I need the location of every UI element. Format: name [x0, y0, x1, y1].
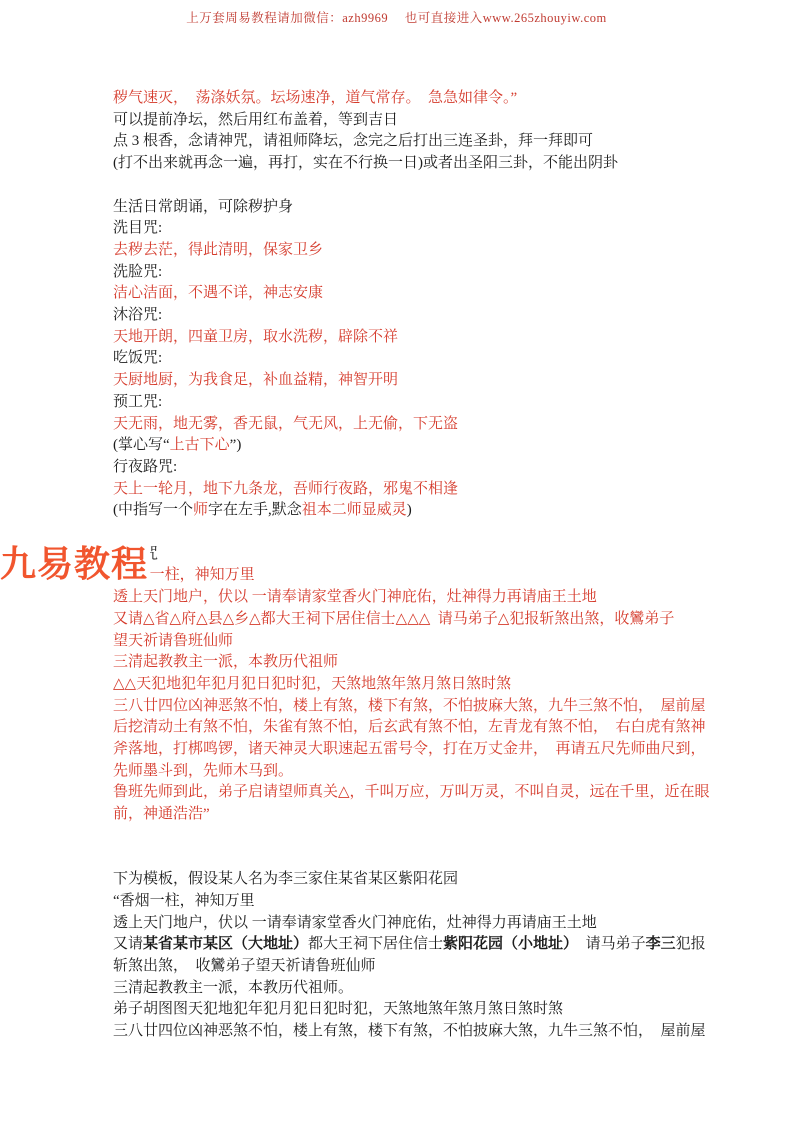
text-line: 三八廿四位凶神恶煞不怕，楼上有煞，楼下有煞，不怕披麻大煞，九牛三煞不怕， 屋前屋: [113, 696, 771, 718]
text-segment: 三清起教教主一派，本教历代祖师: [113, 654, 338, 670]
text-segment: 透上天门地户，伏以 一请奉请家堂香火门神庇佑，灶神得力再请庙王土地: [113, 589, 597, 605]
text-line: “香烟一柱，神知万里: [113, 891, 771, 913]
text-segment: 下为模板，假设某人名为李三家住某省某区紫阳花园: [113, 871, 458, 887]
text-segment: ”): [230, 437, 242, 453]
blank-line: [113, 848, 771, 870]
text-segment: 师: [193, 502, 208, 518]
text-segment: 紫阳花园（小地址）: [443, 936, 571, 952]
text-segment: 三八廿四位凶神恶煞不怕，楼上有煞，楼下有煞，不怕披麻大煞，九牛三煞不怕， 屋前屋: [113, 698, 706, 714]
text-segment: 前，神通浩浩”: [113, 806, 210, 822]
text-line: 请神咒: [113, 544, 771, 566]
text-segment: 都大王祠下居住信士: [308, 936, 443, 952]
text-segment: 天上一轮月，地下九条龙，吾师行夜路，邪鬼不相逢: [113, 481, 458, 497]
text-line: 去秽去茫，得此清明，保家卫乡: [113, 240, 771, 262]
text-segment: “香烟一柱，神知万里: [113, 893, 255, 909]
text-line: 生活日常朗诵，可除秽护身: [113, 197, 771, 219]
text-segment: 天无雨，地无雾，香无鼠，气无风，上无偷，下无盗: [113, 416, 458, 432]
text-segment: (打不出来就再念一遍，再打，实在不行换一日)或者出圣阳三卦，不能出阴卦: [113, 155, 618, 171]
text-line: 透上天门地户，伏以 一请奉请家堂香火门神庇佑，灶神得力再请庙王土地: [113, 913, 771, 935]
text-segment: 某省某市某区（大地址）: [143, 936, 308, 952]
text-line: 点 3 根香，念请神咒，请祖师降坛，念完之后打出三连圣卦，拜一拜即可: [113, 131, 771, 153]
text-segment: 行夜路咒:: [113, 459, 177, 475]
text-line: 透上天门地户，伏以 一请奉请家堂香火门神庇佑，灶神得力再请庙王土地: [113, 587, 771, 609]
text-line: 天上一轮月，地下九条龙，吾师行夜路，邪鬼不相逢: [113, 479, 771, 501]
page-header-promo-text: 上万套周易教程请加微信：azh9969 也可直接进入www.265zhouyiw…: [0, 8, 793, 26]
text-segment: 吃饭咒:: [113, 350, 162, 366]
text-segment: 天厨地厨，为我食足，补血益精，神智开明: [113, 372, 398, 388]
text-segment: 弟子胡图图天犯地犯年犯月犯日犯时犯，天煞地煞年煞月煞日煞时煞: [113, 1001, 563, 1017]
text-line: 预工咒:: [113, 392, 771, 414]
text-segment: 字在左手,默念: [208, 502, 302, 518]
text-segment: 李三: [646, 936, 676, 952]
text-segment: 三八廿四位凶神恶煞不怕，楼上有煞，楼下有煞，不怕披麻大煞，九牛三煞不怕， 屋前屋: [113, 1023, 706, 1039]
text-segment: 斩煞出煞， 收鸞弟子望天祈请鲁班仙师: [113, 958, 376, 974]
text-line: 前，神通浩浩”: [113, 804, 771, 826]
text-segment: 可以提前净坛，然后用红布盖着，等到吉日: [113, 112, 398, 128]
text-line: 三八廿四位凶神恶煞不怕，楼上有煞，楼下有煞，不怕披麻大煞，九牛三煞不怕， 屋前屋: [113, 1021, 771, 1043]
text-segment: 望天祈请鲁班仙师: [113, 633, 233, 649]
text-line: 天无雨，地无雾，香无鼠，气无风，上无偷，下无盗: [113, 414, 771, 436]
text-line: 又请某省某市某区（大地址）都大王祠下居住信士紫阳花园（小地址） 请马弟子李三犯报: [113, 934, 771, 956]
text-line: △△天犯地犯年犯月犯日犯时犯，天煞地煞年煞月煞日煞时煞: [113, 674, 771, 696]
text-segment: 沐浴咒:: [113, 307, 162, 323]
text-segment: 秽气速灭， 荡涤妖氛。坛场速净，道气常存。 急急如律令。”: [113, 90, 517, 106]
text-segment: △△天犯地犯年犯月犯日犯时犯，天煞地煞年煞月煞日煞时煞: [113, 676, 511, 692]
text-segment: (中指写一个: [113, 502, 193, 518]
text-line: 洗脸咒:: [113, 262, 771, 284]
text-segment: 预工咒:: [113, 394, 162, 410]
text-segment: 又请△省△府△县△乡△都大王祠下居住信士△△△ 请马弟子△犯报斩煞出煞，收鸞弟子: [113, 611, 674, 627]
text-line: 又请△省△府△县△乡△都大王祠下居住信士△△△ 请马弟子△犯报斩煞出煞，收鸞弟子: [113, 609, 771, 631]
text-line: (掌心写“上古下心”): [113, 435, 771, 457]
text-segment: 斧落地，打梆鸣锣，诸天神灵大职速起五雷号令，打在万丈金井， 再请五尺先师曲尺到，: [113, 741, 706, 757]
text-line: 先师墨斗到，先师木马到。: [113, 761, 771, 783]
text-line: 可以提前净坛，然后用红布盖着，等到吉日: [113, 110, 771, 132]
text-line: 行夜路咒:: [113, 457, 771, 479]
text-segment: 鲁班先师到此，弟子启请望师真关△，千叫万应，万叫万灵，不叫自灵，远在千里，近在眼: [113, 784, 710, 800]
text-line: 下为模板，假设某人名为李三家住某省某区紫阳花园: [113, 869, 771, 891]
text-segment: 后挖清动土有煞不怕，朱雀有煞不怕，后玄武有煞不怕，左青龙有煞不怕， 右白虎有煞神: [113, 719, 706, 735]
text-line: (中指写一个师字在左手,默念祖本二师显威灵): [113, 500, 771, 522]
text-line: 天地开朗，四童卫房，取水洗秽，辟除不祥: [113, 327, 771, 349]
text-segment: 祖本二师显威灵: [302, 502, 407, 518]
text-segment: 点 3 根香，念请神咒，请祖师降坛，念完之后打出三连圣卦，拜一拜即可: [113, 133, 593, 149]
text-line: 三清起教教主一派，本教历代祖师。: [113, 978, 771, 1000]
text-line: 沐浴咒:: [113, 305, 771, 327]
text-segment: 上古下心: [170, 437, 230, 453]
text-line: 望天祈请鲁班仙师: [113, 631, 771, 653]
blank-line: [113, 826, 771, 848]
document-body: 秽气速灭， 荡涤妖氛。坛场速净，道气常存。 急急如律令。”可以提前净坛，然后用红…: [113, 88, 771, 1043]
text-line: 后挖清动土有煞不怕，朱雀有煞不怕，后玄武有煞不怕，左青龙有煞不怕， 右白虎有煞神: [113, 717, 771, 739]
text-segment: 天地开朗，四童卫房，取水洗秽，辟除不祥: [113, 329, 398, 345]
text-line: “香烟一柱，神知万里: [113, 565, 771, 587]
text-segment: 去秽去茫，得此清明，保家卫乡: [113, 242, 323, 258]
text-segment: 又请: [113, 936, 143, 952]
text-line: 斧落地，打梆鸣锣，诸天神灵大职速起五雷号令，打在万丈金井， 再请五尺先师曲尺到，: [113, 739, 771, 761]
text-segment: 透上天门地户，伏以 一请奉请家堂香火门神庇佑，灶神得力再请庙王土地: [113, 915, 597, 931]
text-line: 斩煞出煞， 收鸞弟子望天祈请鲁班仙师: [113, 956, 771, 978]
text-segment: 犯报: [676, 936, 706, 952]
text-segment: 先师墨斗到，先师木马到。: [113, 763, 293, 779]
text-line: 天厨地厨，为我食足，补血益精，神智开明: [113, 370, 771, 392]
blank-line: [113, 175, 771, 197]
text-line: 鲁班先师到此，弟子启请望师真关△，千叫万应，万叫万灵，不叫自灵，远在千里，近在眼: [113, 782, 771, 804]
text-segment: 请马弟子: [571, 936, 646, 952]
text-line: 弟子胡图图天犯地犯年犯月犯日犯时犯，天煞地煞年煞月煞日煞时煞: [113, 999, 771, 1021]
text-line: 秽气速灭， 荡涤妖氛。坛场速净，道气常存。 急急如律令。”: [113, 88, 771, 110]
text-segment: 洗脸咒:: [113, 264, 162, 280]
text-line: 吃饭咒:: [113, 348, 771, 370]
blank-line: [113, 522, 771, 544]
text-segment: 三清起教教主一派，本教历代祖师。: [113, 980, 353, 996]
text-segment: 洗目咒:: [113, 220, 162, 236]
text-segment: ): [407, 502, 412, 518]
text-line: 洗目咒:: [113, 218, 771, 240]
text-segment: 生活日常朗诵，可除秽护身: [113, 199, 293, 215]
text-segment: (掌心写“: [113, 437, 170, 453]
text-line: (打不出来就再念一遍，再打，实在不行换一日)或者出圣阳三卦，不能出阴卦: [113, 153, 771, 175]
watermark-jiuyi-jiaocheng: 九易教程: [0, 544, 150, 584]
text-segment: 洁心洁面，不遇不详，神志安康: [113, 285, 323, 301]
text-line: 洁心洁面，不遇不详，神志安康: [113, 283, 771, 305]
text-line: 三清起教教主一派，本教历代祖师: [113, 652, 771, 674]
